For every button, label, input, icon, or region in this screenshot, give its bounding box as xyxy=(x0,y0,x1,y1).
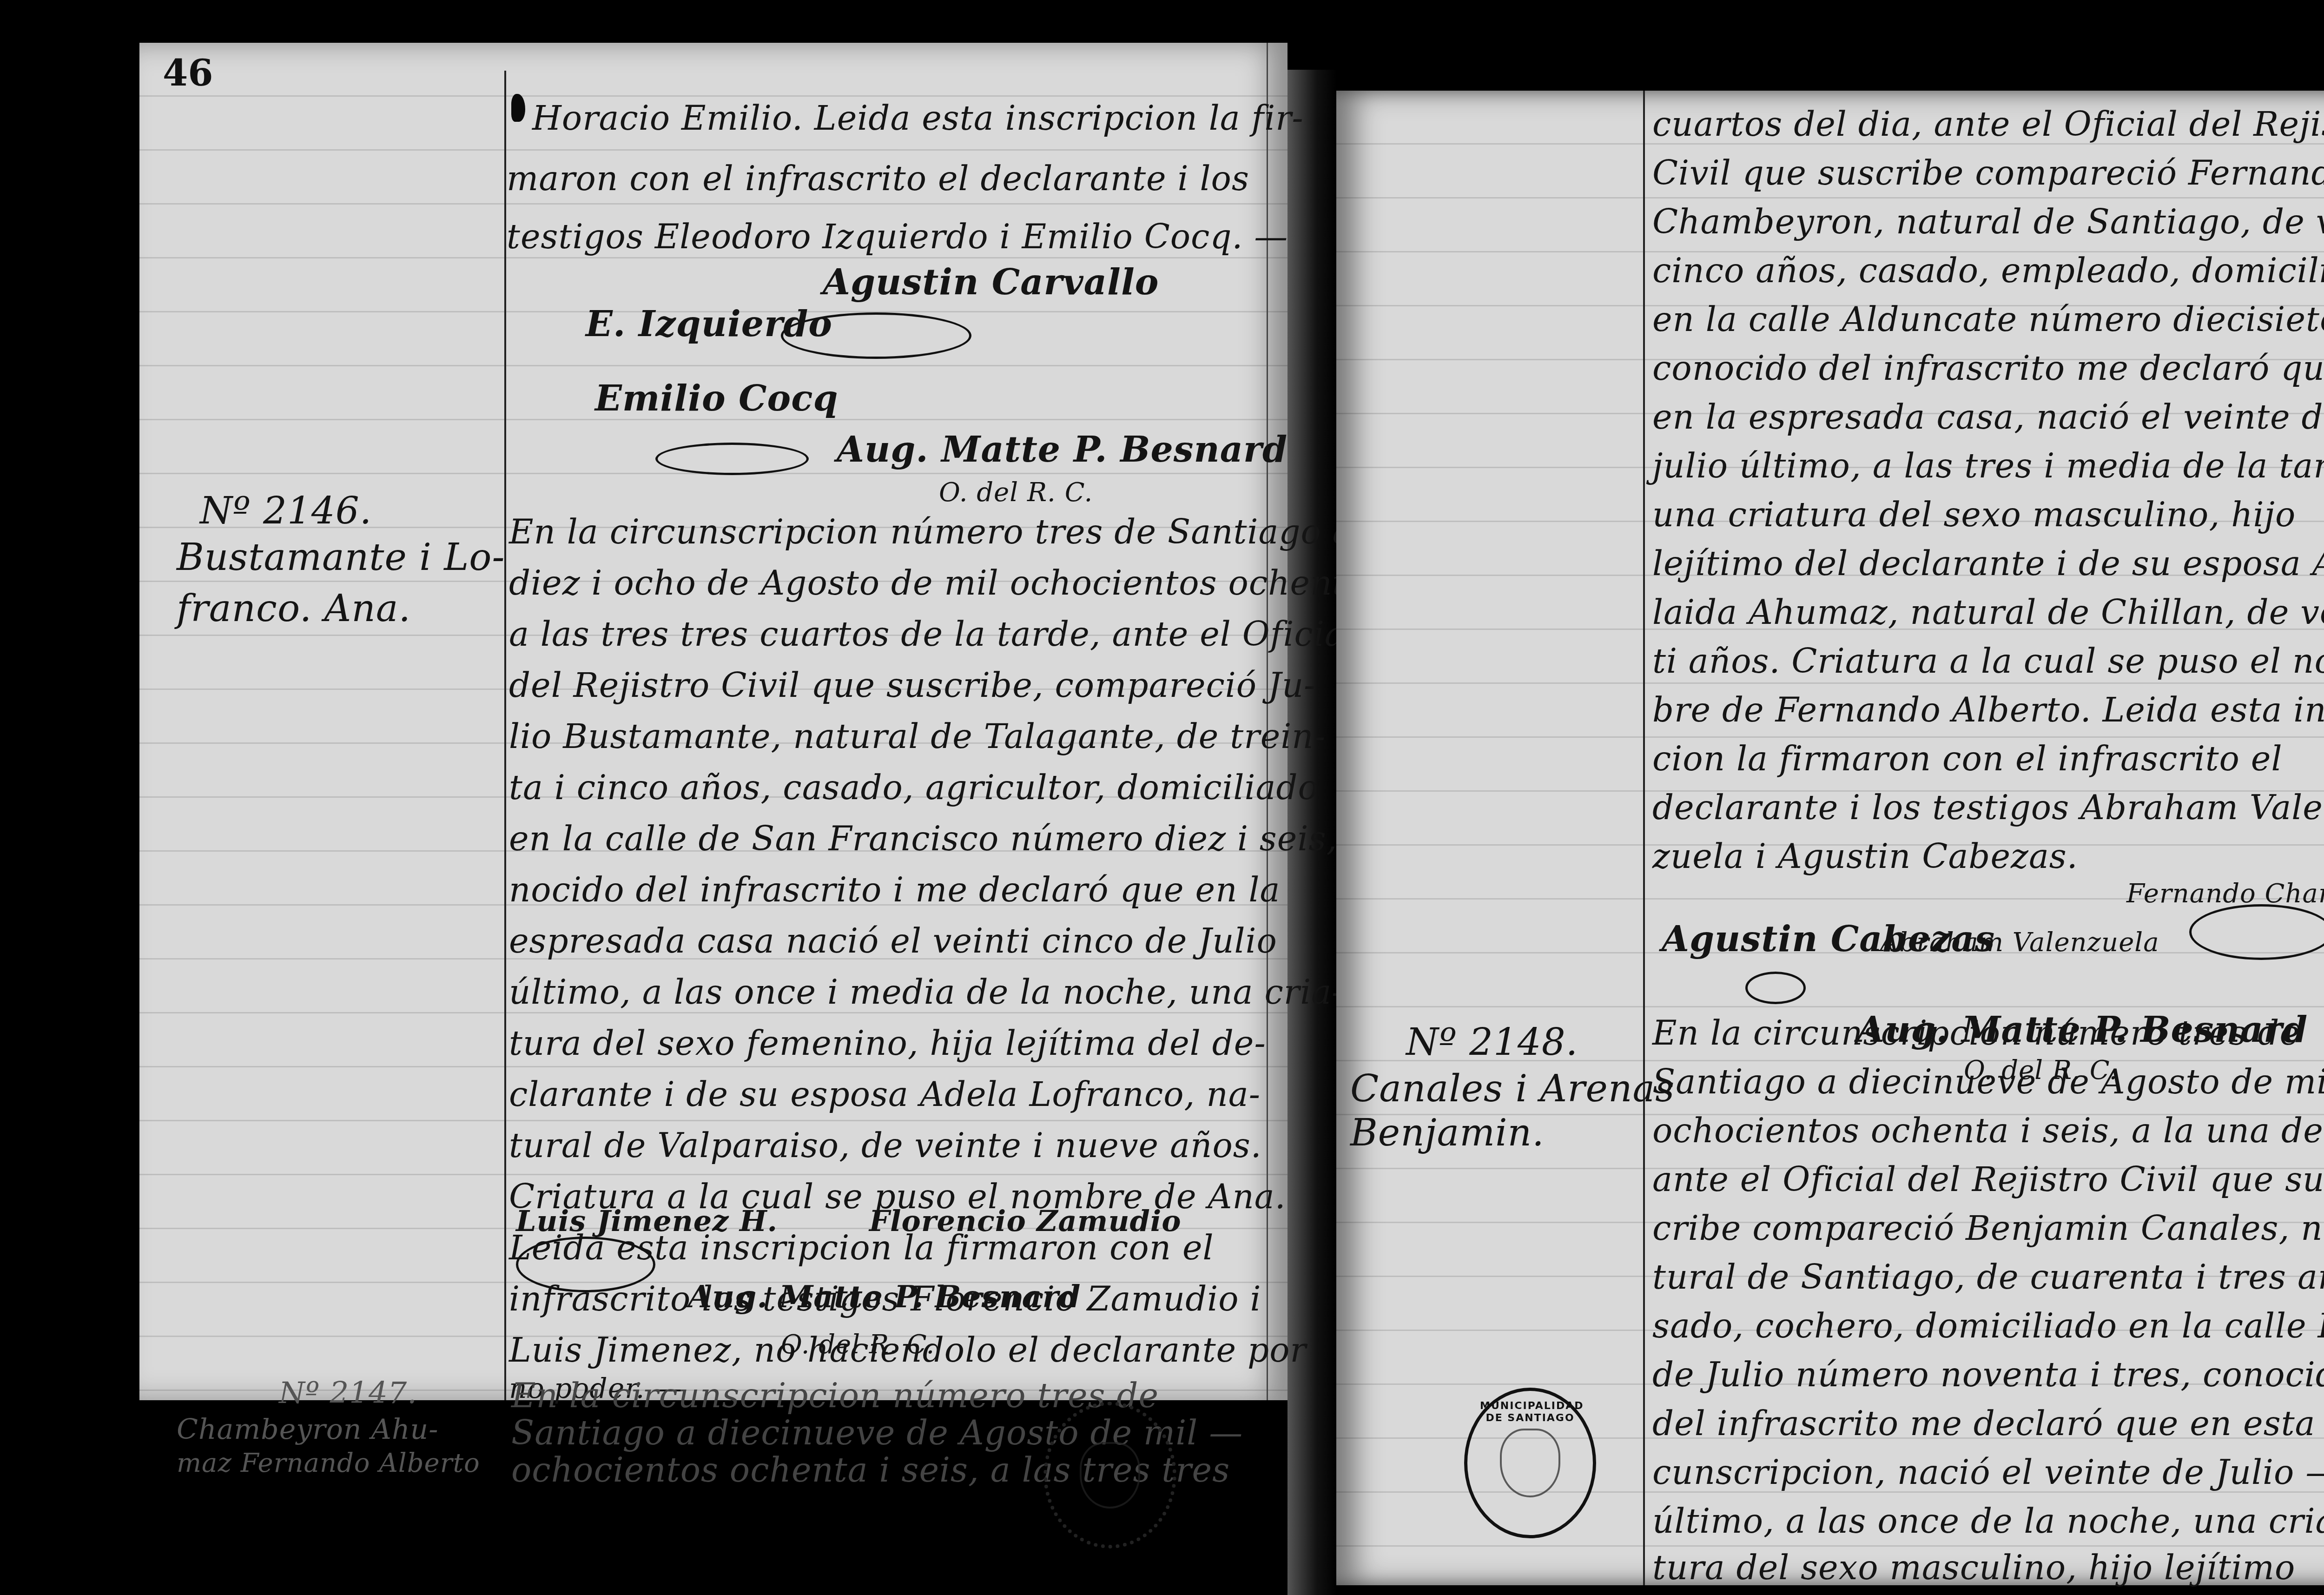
signature-declarant: Agustin Carvallo xyxy=(823,261,1159,303)
signature-flourish xyxy=(1745,972,1806,1004)
entry-text-line: en la calle de San Francisco número diez… xyxy=(509,819,1400,858)
entry-text-line: último, a las once de la noche, una cria… xyxy=(1652,1502,2324,1541)
entry-name-line: Bustamante i Lo- xyxy=(177,536,505,579)
continuation-line: cuartos del dia, ante el Oficial del Rej… xyxy=(1652,105,2324,144)
continuation-line: una criatura del sexo masculino, hijo xyxy=(1652,495,2296,534)
continuation-line: declarante i los testigos Abraham Valen- xyxy=(1652,788,2324,827)
entry-text-line: tural de Valparaiso, de veinte i nueve a… xyxy=(509,1126,1262,1165)
entry-name-line: Benjamin. xyxy=(1350,1111,1545,1154)
entry-text-line: último, a las once i media de la noche, … xyxy=(509,973,1343,1012)
continuation-line: cion la firmaron con el infrascrito el xyxy=(1652,739,2282,778)
continuation-line: bre de Fernando Alberto. Leida esta insc… xyxy=(1652,690,2324,729)
entry-text-line: En la circunscripcion número tres de San… xyxy=(509,512,1353,551)
continuation-line: julio último, a las tres i media de la t… xyxy=(1652,446,2324,485)
signature-flourish xyxy=(516,1237,655,1292)
entry-text-line: de Julio número noventa i tres, conocido xyxy=(1652,1355,2324,1394)
entry-number-2148: Nº 2148. xyxy=(1406,1020,1578,1064)
entry-number-2147: Nº 2147. xyxy=(279,1376,417,1410)
entry-text-line: a las tres tres cuartos de la tarde, ant… xyxy=(509,615,1356,654)
officer-title: O. del R. C. xyxy=(939,477,1093,508)
continuation-line: Civil que suscribe compareció Fernando — xyxy=(1652,153,2324,192)
entry-name-line: maz Fernando Alberto xyxy=(177,1448,480,1478)
entry-text-line: ochocientos ochenta i seis, a la una del… xyxy=(1652,1111,2324,1150)
signature-officer: Aug. Matte P. Besnard xyxy=(688,1278,1081,1315)
continuation-line: lejítimo del declarante i de su esposa A… xyxy=(1652,544,2324,583)
entry-name-line: Chambeyron Ahu- xyxy=(177,1413,438,1446)
continuation-line: testigos Eleodoro Izquierdo i Emilio Coc… xyxy=(507,217,1288,256)
entry-text-line: tura del sexo masculino, hijo lejítimo xyxy=(1652,1548,2295,1587)
coat-of-arms-icon xyxy=(1500,1429,1560,1497)
coat-of-arms-icon xyxy=(1080,1442,1140,1509)
continuation-line: laida Ahumaz, natural de Chillan, de vei… xyxy=(1652,593,2324,632)
continuation-line: conocido del infrascrito me declaró que xyxy=(1652,349,2324,388)
entry-name-line: franco. Ana. xyxy=(177,587,411,630)
entry-text-line: Santiago a diecinueve de Agosto de mil xyxy=(1652,1062,2324,1101)
continuation-line: en la calle Alduncate número diecisiete xyxy=(1652,300,2324,339)
page-number-46: 46 xyxy=(163,52,213,94)
right-margin-rule xyxy=(1643,91,1645,1585)
entry-text-line: del infrascrito me declaró que en esta c… xyxy=(1652,1404,2324,1443)
entry-text-line: En la circunscripcion número tres de xyxy=(511,1376,1159,1415)
ink-blot xyxy=(511,94,525,122)
entry-text-line: cunscripcion, nació el veinte de Julio — xyxy=(1652,1453,2324,1492)
entry-text-line: cribe compareció Benjamin Canales, na- xyxy=(1652,1209,2324,1248)
entry-text-line: espresada casa nació el veinti cinco de … xyxy=(509,921,1277,960)
signature-witness-2: Abraham Valenzuela xyxy=(1880,927,2159,958)
continuation-line: Chambeyron, natural de Santiago, de vein… xyxy=(1652,202,2324,241)
entry-text-line: diez i ocho de Agosto de mil ochocientos… xyxy=(509,563,1478,602)
entry-text-line: tural de Santiago, de cuarenta i tres añ… xyxy=(1652,1257,2324,1297)
entry-text-line: En la circunscripcion número tres de xyxy=(1652,1013,2300,1052)
entry-text-line: del Rejistro Civil que suscribe, compare… xyxy=(509,666,1316,705)
entry-text-line: tura del sexo femenino, hija lejítima de… xyxy=(509,1024,1266,1063)
signature-witness-2: Emilio Cocq xyxy=(595,377,838,419)
seal-text: MUNICIPALIDAD DE SANTIAGO xyxy=(1480,1400,1580,1425)
signature-witness-2: Florencio Zamudio xyxy=(869,1204,1182,1238)
continuation-line: Horacio Emilio. Leida esta inscripcion l… xyxy=(532,99,1304,138)
right-page: 47 cuartos del dia, ante el Oficial del … xyxy=(1336,91,2324,1585)
entry-text-line: clarante i de su esposa Adela Lofranco, … xyxy=(509,1075,1261,1114)
municipal-seal-faint xyxy=(1043,1402,1176,1549)
entry-text-line: ante el Oficial del Rejistro Civil que s… xyxy=(1652,1160,2324,1199)
entry-name-line: Canales i Arenas xyxy=(1350,1067,1675,1110)
continuation-line: zuela i Agustin Cabezas. xyxy=(1652,837,2078,876)
signature-declarant: Fernando Chambeyron xyxy=(2126,879,2324,909)
entry-number-2146: Nº 2146. xyxy=(200,489,372,532)
signature-witness-1: E. Izquierdo xyxy=(586,303,832,344)
municipal-seal: MUNICIPALIDAD DE SANTIAGO xyxy=(1464,1388,1596,1538)
continuation-line: maron con el infrascrito el declarante i… xyxy=(507,159,1249,198)
entry-text-line: ta i cinco años, casado, agricultor, dom… xyxy=(509,768,1319,807)
signature-flourish xyxy=(2189,904,2324,960)
continuation-line: ti años. Criatura a la cual se puso el n… xyxy=(1652,642,2324,681)
signature-officer: Aug. Matte P. Besnard xyxy=(837,429,1287,470)
continuation-line: en la espresada casa, nació el veinte de xyxy=(1652,397,2324,437)
entry-text-line: sado, cochero, domiciliado en la calle D… xyxy=(1652,1306,2324,1345)
entry-text-line: nocido del infrascrito i me declaró que … xyxy=(509,870,1280,909)
entry-text-line: lio Bustamante, natural de Talagante, de… xyxy=(509,717,1326,756)
continuation-line: cinco años, casado, empleado, domiciliad… xyxy=(1652,251,2324,290)
signature-flourish xyxy=(655,443,809,475)
officer-title: O. del R. C. xyxy=(781,1330,935,1360)
signature-witness-1: Luis Jimenez H. xyxy=(516,1204,778,1238)
